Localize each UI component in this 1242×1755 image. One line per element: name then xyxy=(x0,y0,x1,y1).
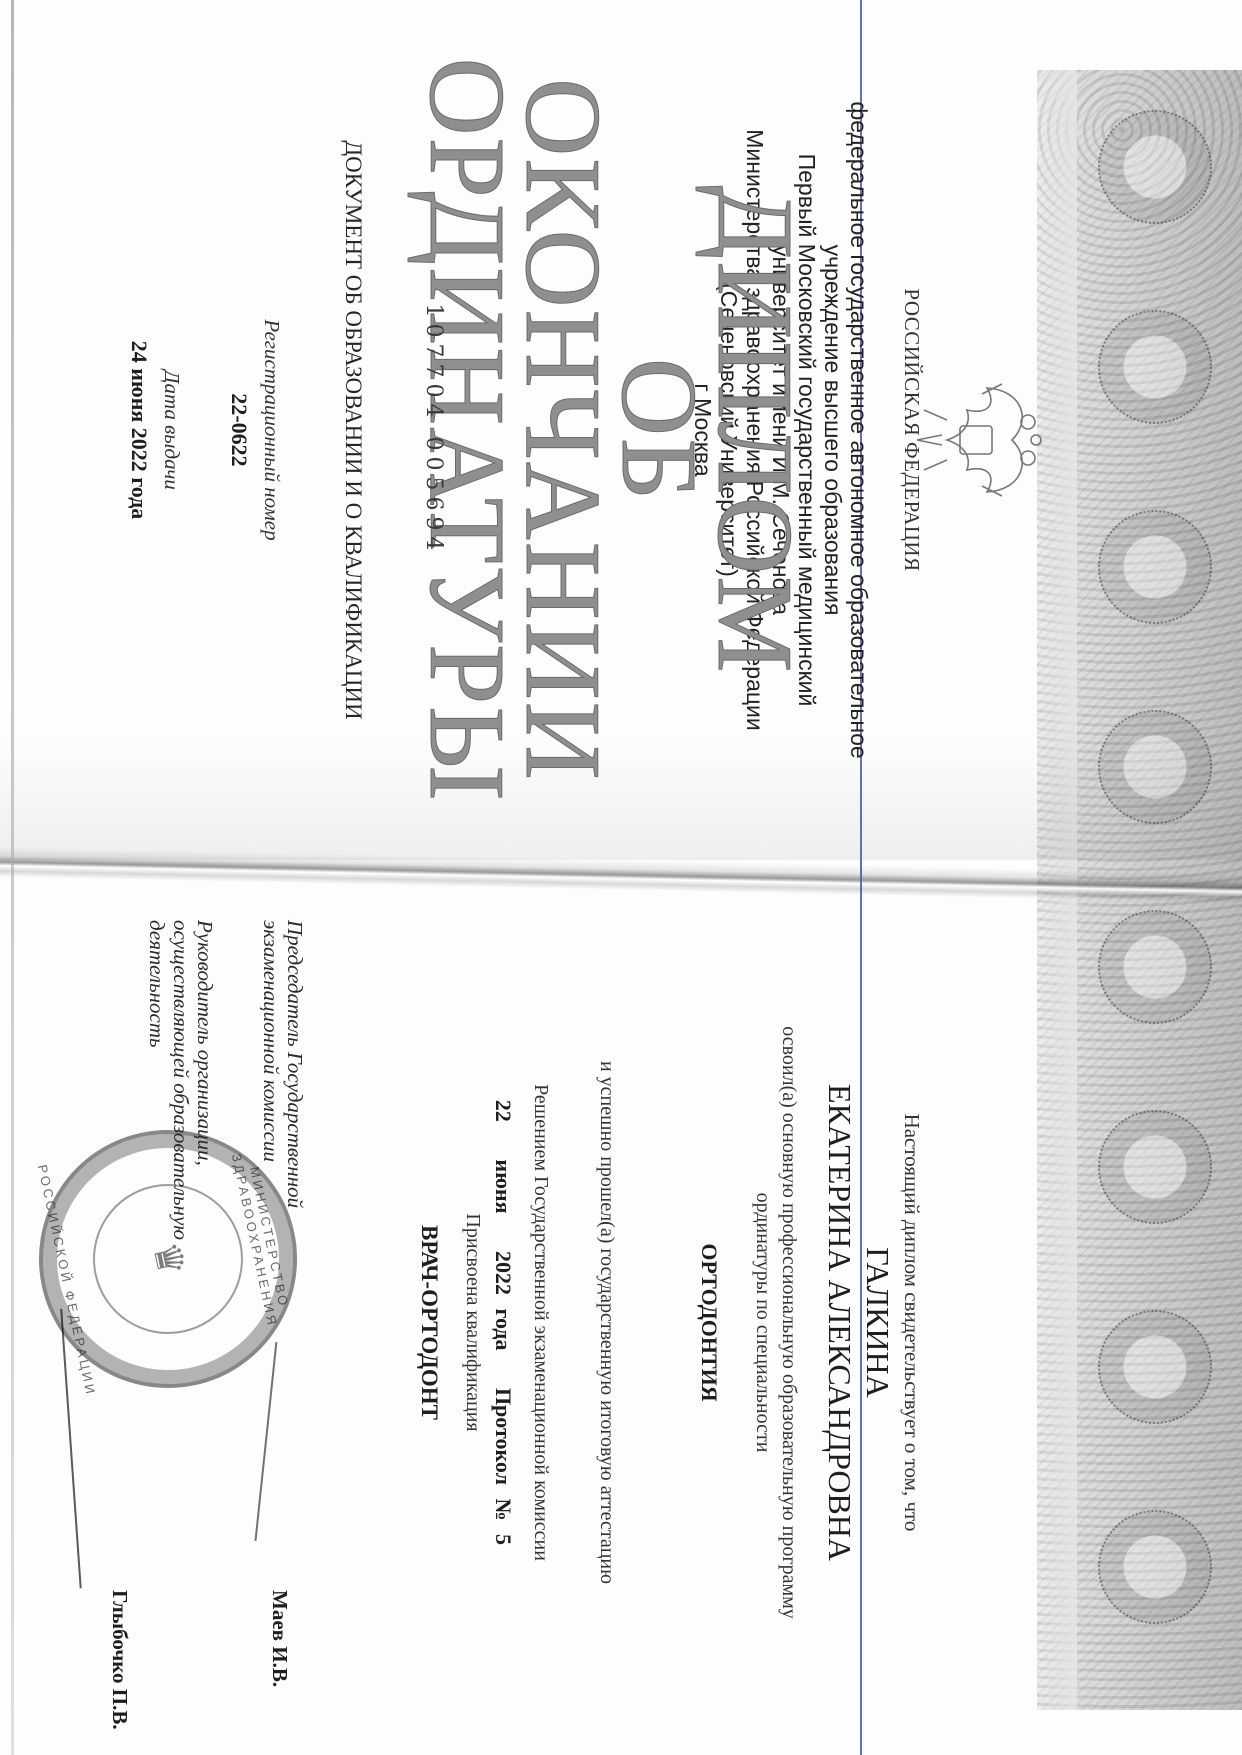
registration-number: 22-0622 xyxy=(226,0,252,860)
chair-name: Маев И.В. xyxy=(267,1590,292,1687)
registration-label: Регистрационный номер xyxy=(259,0,284,860)
decision-month: июня xyxy=(491,1159,516,1213)
qualification-label: Присвоена квалификация xyxy=(461,890,484,1755)
country-label: РОССИЙСКАЯ ФЕДЕРАЦИЯ xyxy=(899,0,924,860)
serial-number: 107704 005694 xyxy=(421,0,446,860)
diploma-title: ДИПЛОМ ОБ ОКОНЧАНИИ ОРДИНАТУРЫ xyxy=(418,0,802,860)
qualification: ВРАЧ-ОРТОДОНТ xyxy=(416,890,442,1755)
intro-text: Настоящий диплом свидетельствует о том, … xyxy=(899,890,924,1755)
title-page: РОССИЙСКАЯ ФЕДЕРАЦИЯ федеральное государ… xyxy=(0,0,1242,860)
protocol-number: Протокол № 5 xyxy=(491,1388,516,1545)
stamp-eagle-icon: ♛ xyxy=(145,1238,191,1280)
decision-date-row: 22 июня 2022 года Протокол № 5 xyxy=(490,890,516,1755)
issue-date: 24 июня 2022 года xyxy=(126,0,152,860)
issue-date-label: Дата выдачи xyxy=(159,0,184,860)
rector-name: Глыбочко П.В. xyxy=(107,1590,132,1730)
commission-decision: Решением Государственной экзаменационной… xyxy=(529,890,552,1755)
attestation-statement: и успешно прошел(а) государственную итог… xyxy=(595,890,618,1755)
graduate-given-names: ЕКАТЕРИНА АЛЕКСАНДРОВНА xyxy=(822,890,858,1755)
decision-year: 2022 года xyxy=(491,1251,516,1350)
decision-day: 22 xyxy=(491,1100,516,1122)
signature-stroke xyxy=(20,1309,81,1591)
stamp-inner-text: ♛ xyxy=(79,1170,257,1348)
content-page: Настоящий диплом свидетельствует о том, … xyxy=(0,890,1242,1755)
russian-coat-of-arms-icon xyxy=(912,380,1042,500)
program-statement: освоил(а) основную профессиональную обра… xyxy=(750,890,802,1755)
graduate-surname: ГАЛКИНА xyxy=(860,890,896,1755)
specialty: ОРТОДОНТИЯ xyxy=(696,890,722,1755)
diploma-spread: РОССИЙСКАЯ ФЕДЕРАЦИЯ федеральное государ… xyxy=(0,0,1242,1755)
document-type: ДОКУМЕНТ ОБ ОБРАЗОВАНИИ И О КВАЛИФИКАЦИИ xyxy=(340,0,366,860)
